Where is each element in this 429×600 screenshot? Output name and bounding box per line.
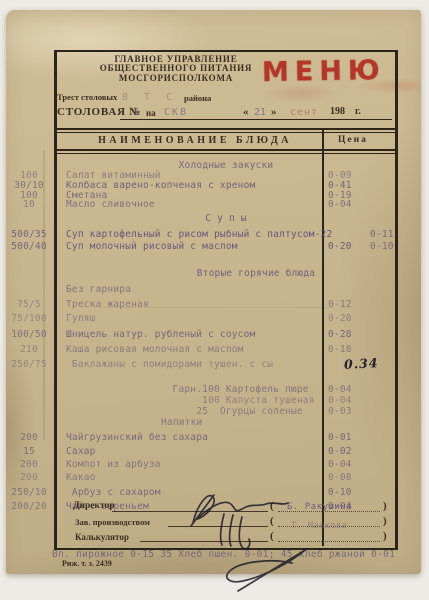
- menu-row: Гарн.100 Картофель пюре0-04: [56, 384, 395, 394]
- dish-name: Чайгрузинский без сахара: [66, 432, 208, 443]
- menu-row: 210Каша рисовая молочная с маслом0-18: [56, 344, 395, 354]
- dish-price: 0-02: [328, 446, 352, 457]
- portion-size: 75/5: [6, 299, 52, 310]
- dish-price: 0-20: [328, 313, 352, 324]
- photo-of-menu: ГЛАВНОЕ УПРАВЛЕНИЕ ОБЩЕСТВЕННОГО ПИТАНИЯ…: [0, 0, 429, 600]
- zav-name: Т. Манкова: [291, 521, 347, 531]
- portion-size: 200: [6, 432, 52, 443]
- menu-section-title: Холодные закуски: [56, 160, 395, 170]
- zav-label: Зав. производством: [75, 517, 150, 527]
- year-label: 198: [330, 106, 345, 117]
- dish-price: 0-04: [328, 395, 352, 406]
- portion-size: 200: [6, 459, 52, 470]
- dish-price: 0-01: [328, 432, 352, 443]
- section-label: Напитки: [161, 417, 202, 428]
- dish-name: Сахар: [66, 446, 96, 457]
- stolovaya-number: I: [133, 107, 139, 118]
- date-month: сент: [290, 107, 318, 118]
- portion-size: 100/50: [6, 329, 52, 340]
- dish-price: 0-04: [328, 384, 352, 395]
- menu-row: 10Масло сливочное0-04: [56, 199, 395, 209]
- dish-name: Треска жареная: [66, 299, 149, 310]
- table-rule: [54, 153, 395, 154]
- portion-size: 250/75: [6, 359, 52, 370]
- print-mark: Риж. т. з. 2439: [62, 559, 112, 568]
- quote-open: «: [243, 106, 249, 118]
- signature-line: [168, 526, 268, 527]
- paren-close: ): [383, 530, 387, 542]
- dish-price: 0-04: [328, 199, 352, 210]
- portion-size: 200/20: [6, 501, 52, 512]
- dish-price: 0-20: [328, 241, 352, 252]
- table-rule: [54, 149, 395, 151]
- menu-row: 200Какао0-08: [56, 472, 395, 482]
- na-value: СКВ: [164, 107, 188, 118]
- paren-open: (: [270, 500, 274, 512]
- calculator-label: Калькулятор: [75, 532, 129, 542]
- director-name: Б. Ракушина: [287, 502, 352, 512]
- org-name-line2: ОБЩЕСТВЕННОГО ПИТАНИЯ: [56, 64, 296, 73]
- menu-rows: Холодные закуски100Салат витаминный0-093…: [56, 156, 395, 511]
- portion-size: 200: [6, 472, 52, 483]
- table-rule: [54, 132, 395, 133]
- dish-name: Гуляш: [66, 313, 96, 324]
- section-label: С у п ы: [56, 213, 396, 224]
- stolovaya-label: СТОЛОВАЯ №: [57, 106, 141, 118]
- menu-section-title: Напитки: [56, 417, 395, 427]
- dish-name: Компот из арбуза: [66, 459, 161, 470]
- menu-row: 250/75 Баклажаны с помидорами тушен. с с…: [56, 359, 395, 369]
- menu-row: 25 Огурцы соленые0-03: [56, 406, 395, 416]
- org-name-line3: МОСГОРИСПОЛКОМА: [56, 74, 296, 83]
- portion-size: 250/10: [6, 487, 52, 498]
- menu-row: 500/40Суп молочный рисовый с маслом0-200…: [56, 241, 395, 251]
- dish-price: 0-28: [328, 329, 352, 340]
- menu-row: Без гарнира: [56, 284, 395, 294]
- menu-row: 100Салат витаминный0-09: [56, 170, 395, 180]
- dish-price: 0-18: [328, 344, 352, 355]
- na-label: на: [146, 108, 156, 118]
- dish-name: Арбуз с сахаром: [66, 487, 161, 498]
- dish-price: 0-08: [328, 472, 352, 483]
- menu-row: 75/5Треска жареная0-12: [56, 299, 395, 309]
- paren-close: ): [383, 500, 387, 512]
- dish-name: Суп картофельный с рисом рыбный с палтус…: [66, 229, 332, 240]
- year-suffix: г.: [355, 106, 361, 117]
- trest-value: В Т С: [122, 92, 177, 103]
- menu-row: 250/10 Арбуз с сахаром0-10: [56, 487, 395, 497]
- menu-row: 100/50Шницель натур. рубленый с соусом0-…: [56, 329, 395, 339]
- column-header-dish: НАИМЕНОВАНИЕ БЛЮДА: [70, 135, 320, 146]
- quote-close: »: [271, 106, 277, 118]
- table-rule: [54, 128, 395, 130]
- portion-size: 15: [6, 446, 52, 457]
- paren-open: (: [270, 530, 274, 542]
- menu-title: МЕНЮ: [262, 55, 386, 88]
- dish-name: 100 Капуста тушеная: [66, 395, 315, 406]
- dish-price-secondary: 0-10: [370, 241, 394, 252]
- director-label: Директор: [73, 501, 115, 511]
- paren-close: ): [383, 515, 387, 527]
- column-header-price: Цена: [338, 135, 368, 145]
- portion-size: 10: [6, 199, 52, 210]
- handwritten-price: 0.34: [344, 355, 379, 372]
- menu-row: 15Сахар0-02: [56, 446, 395, 456]
- dish-name: Масло сливочное: [66, 199, 155, 210]
- signature-line: [140, 541, 268, 542]
- menu-section-title: С у п ы: [56, 213, 395, 223]
- fill-in-underline: [120, 119, 392, 120]
- dish-name: Суп молочный рисовый с маслом: [66, 241, 238, 252]
- signature-line: [112, 511, 268, 512]
- menu-section-title: Вторые горячие блюда: [56, 268, 395, 278]
- dish-price: 0-12: [328, 299, 352, 310]
- menu-row: 30/10Колбаса варено-копченая с хреном0-4…: [56, 180, 395, 190]
- dish-price-secondary: 0-11: [370, 229, 394, 240]
- menu-row: 500/35Суп картофельный с рисом рыбный с …: [56, 229, 395, 239]
- dish-name: 25 Огурцы соленые: [66, 406, 303, 417]
- dish-price: 0-04: [328, 459, 352, 470]
- dish-name: Гарн.100 Картофель пюре: [66, 384, 309, 395]
- raion-label: района: [184, 93, 211, 103]
- portion-size: 210: [6, 344, 52, 355]
- dish-name: Каша рисовая молочная с маслом: [66, 344, 244, 355]
- menu-row: 75/100Гуляш0-20: [56, 313, 395, 323]
- menu-row: 200Компот из арбуза0-04: [56, 459, 395, 469]
- dish-name: Баклажаны с помидорами тушен. с сы: [66, 359, 273, 370]
- portion-size: 75/100: [6, 313, 52, 324]
- menu-row: 200Чайгрузинский без сахара0-01: [56, 432, 395, 442]
- dish-name: Какао: [66, 472, 96, 483]
- date-day: 21: [254, 107, 266, 118]
- trest-label: Трест столовых: [57, 92, 117, 102]
- signature-dots: [278, 540, 380, 542]
- dish-name: Шницель натур. рубленый с соусом: [66, 329, 255, 340]
- dish-name: Без гарнира: [66, 284, 131, 295]
- portion-size: 500/35: [6, 229, 52, 240]
- dish-price: 0-03: [328, 406, 352, 417]
- paren-open: (: [270, 515, 274, 527]
- portion-size: 500/40: [6, 241, 52, 252]
- menu-row: 100 Капуста тушеная0-04: [56, 395, 395, 405]
- section-label: Вторые горячие блюда: [126, 268, 386, 279]
- dish-price: 0-10: [328, 487, 352, 498]
